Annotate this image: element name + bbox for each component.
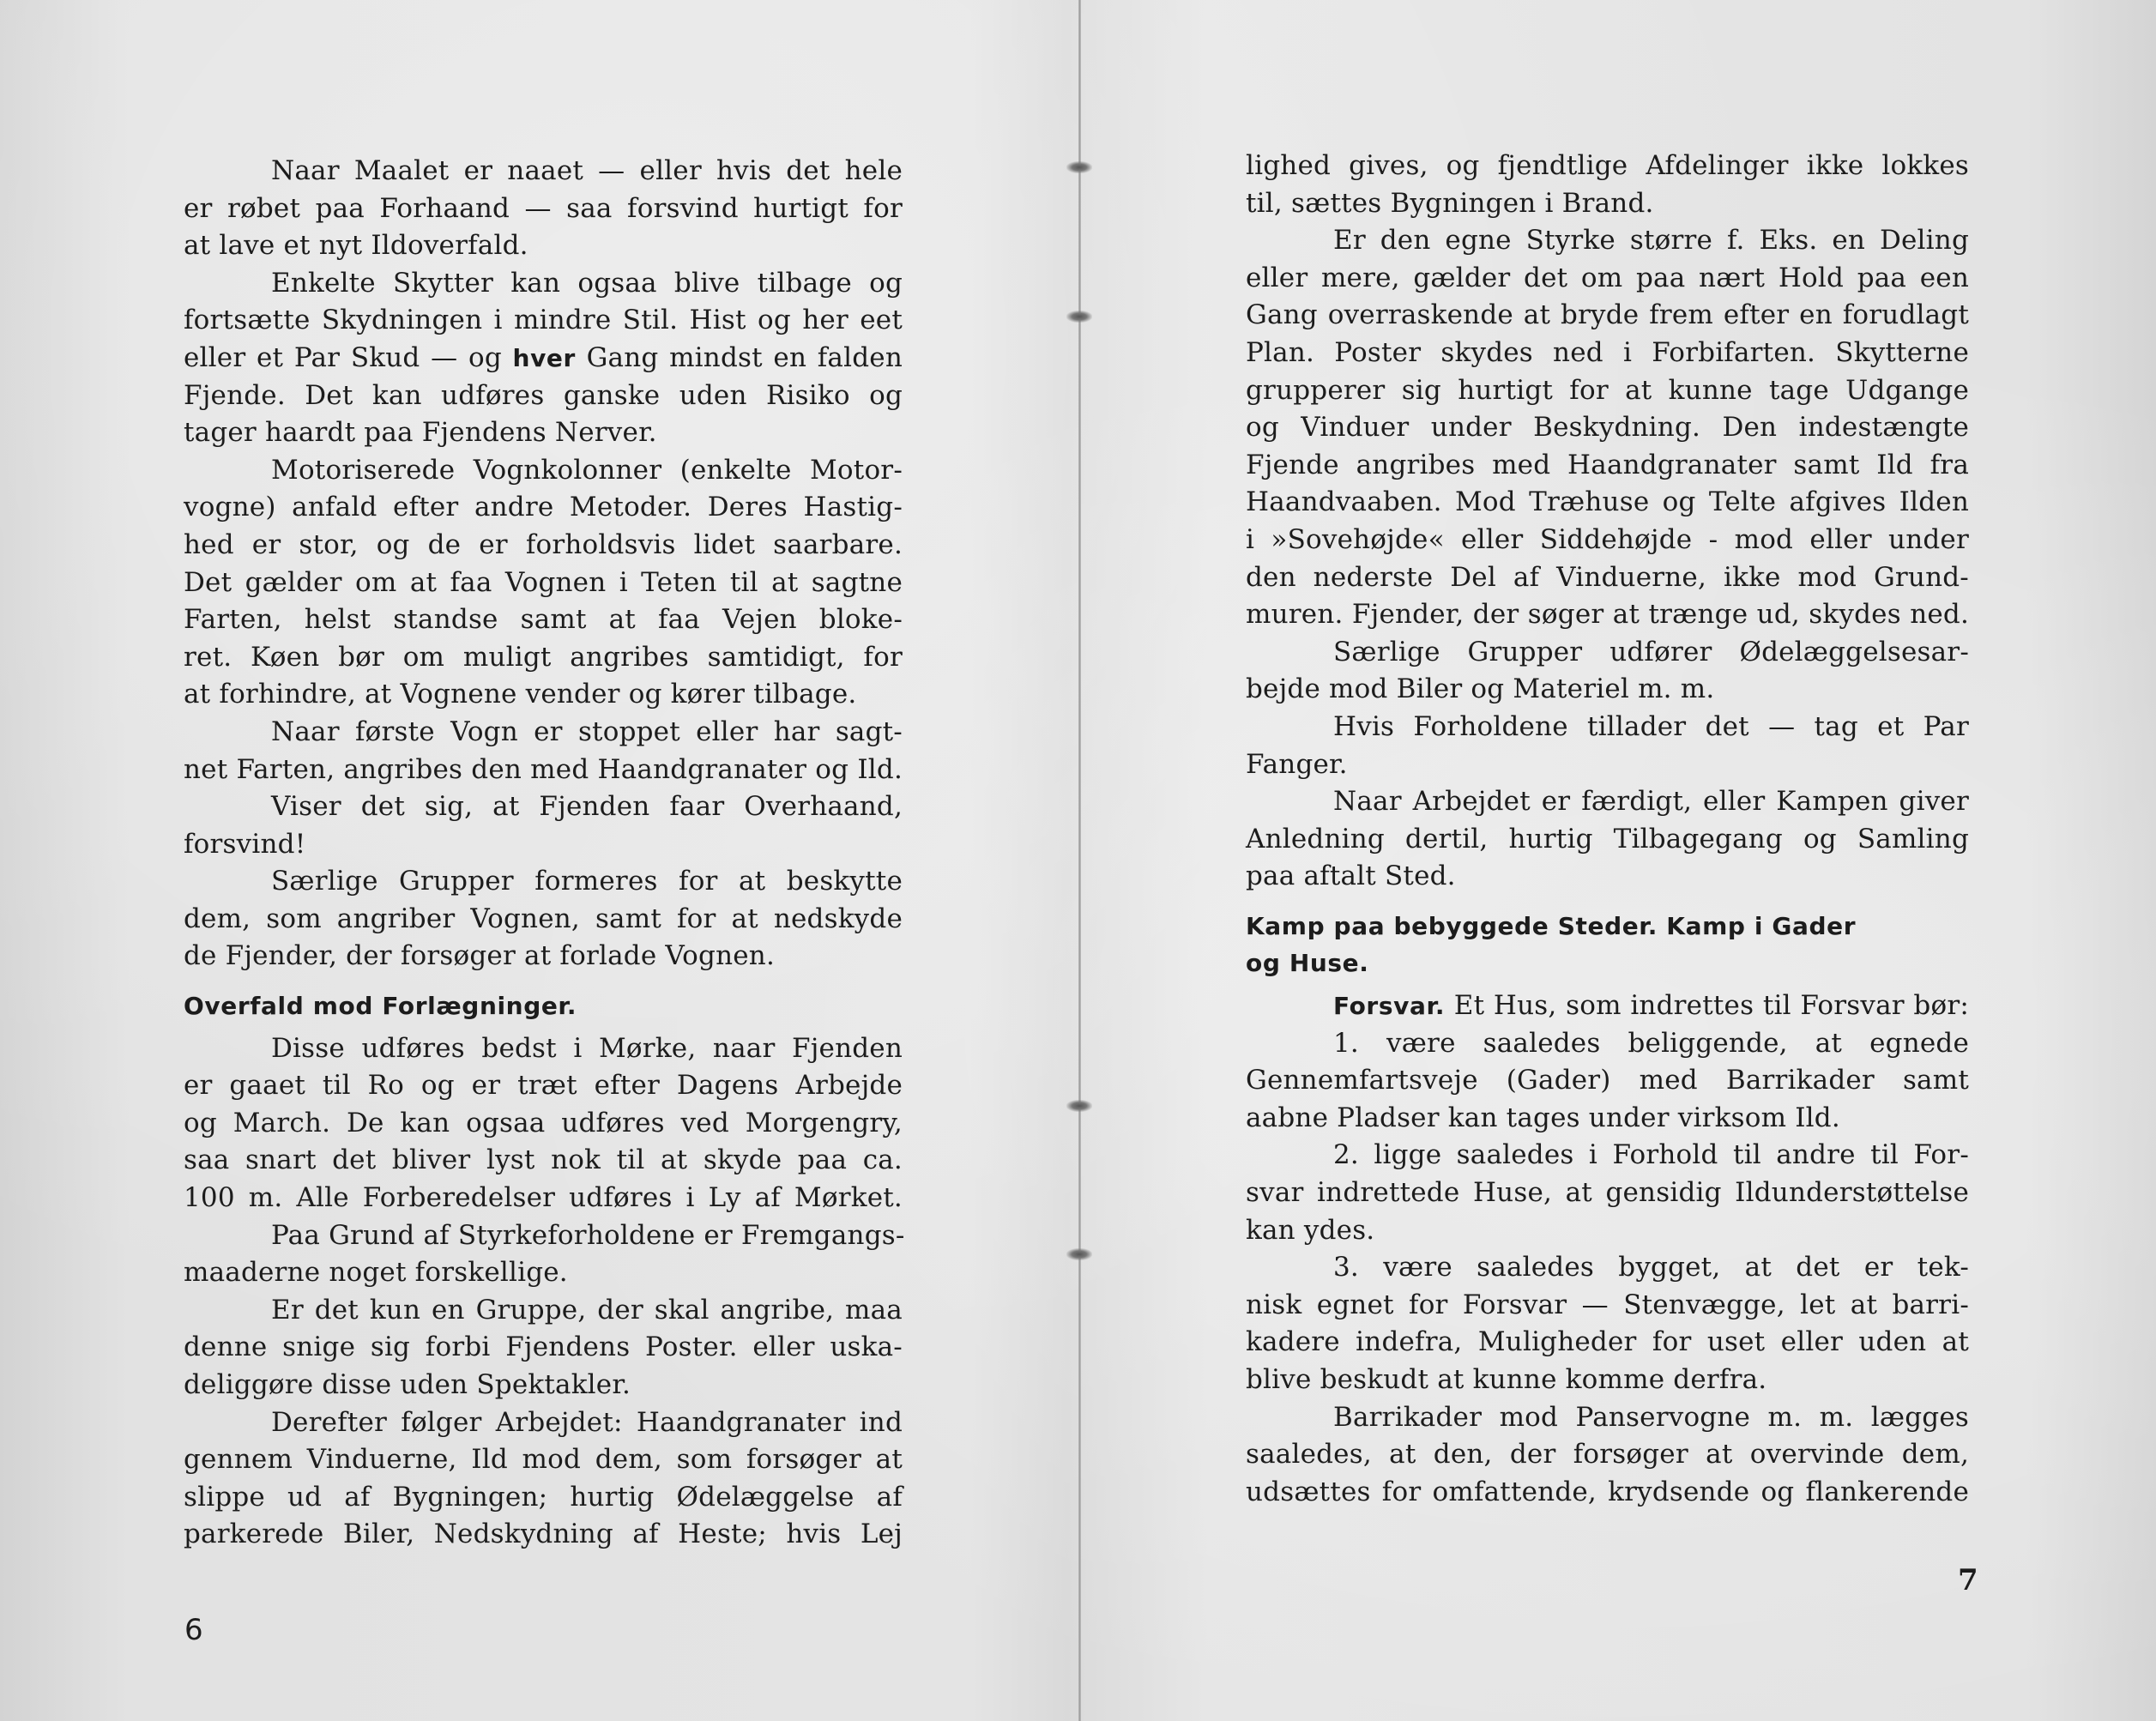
text-line: tager haardt paa Fjendens Nerver.	[184, 414, 903, 452]
text-line: Viser det sig, at Fjenden faar Overhaand…	[184, 788, 903, 826]
text-line: slippe ud af Bygningen; hurtig Ødelæggel…	[184, 1479, 903, 1517]
text-line: i »Sovehøjde« eller Siddehøjde - mod ell…	[1246, 522, 1969, 559]
text-line: nisk egnet for Forsvar — Stenvægge, let …	[1246, 1287, 1969, 1325]
text-line: aabne Pladser kan tages under virksom Il…	[1246, 1100, 1969, 1138]
text-line: maaderne noget forskellige.	[184, 1254, 903, 1292]
text-line: de Fjender, der forsøger at forlade Vogn…	[184, 938, 903, 975]
text-line: forsvind!	[184, 826, 903, 864]
text-line: paa aftalt Sted.	[1246, 858, 1969, 896]
text-line: Fjende angribes med Haandgranater samt I…	[1246, 447, 1969, 485]
text-line: til, sættes Bygningen i Brand.	[1246, 185, 1969, 223]
text-line: Det gælder om at faa Vognen i Teten til …	[184, 565, 903, 602]
text-line: Er det kun en Gruppe, der skal angribe, …	[184, 1292, 903, 1330]
text-line: at lave et nyt Ildoverfald.	[184, 227, 903, 265]
text-line: Motoriserede Vognkolonner (enkelte Motor…	[184, 452, 903, 490]
text-line: 1. være saaledes beliggende, at egnede	[1246, 1025, 1969, 1063]
text-line: Enkelte Skytter kan ogsaa blive tilbage …	[184, 265, 903, 303]
text-line: saa snart det bliver lyst nok til at sky…	[184, 1142, 903, 1180]
text-line: og Vinduer under Beskydning. Den indestæ…	[1246, 409, 1969, 447]
text-line: bejde mod Biler og Materiel m. m.	[1246, 671, 1969, 709]
text-line: deliggøre disse uden Spektakler.	[184, 1367, 903, 1404]
text-line: kadere indefra, Muligheder for uset elle…	[1246, 1324, 1969, 1362]
text-line: Paa Grund af Styrkeforholdene er Fremgan…	[184, 1217, 903, 1255]
section-heading: Kamp paa bebyggede Steder. Kamp i Gader	[1246, 908, 1969, 945]
text-line: Naar første Vogn er stoppet eller har sa…	[184, 714, 903, 752]
text-line: Derefter følger Arbejdet: Haandgranater …	[184, 1404, 903, 1442]
text-line: at forhindre, at Vognene vender og kører…	[184, 676, 903, 714]
text-line: grupperer sig hurtigt for at kunne tage …	[1246, 372, 1969, 410]
right-page-text: lighed gives, og fjendtlige Afdelinger i…	[1246, 148, 1969, 1511]
text-line: net Farten, angribes den med Haandgranat…	[184, 752, 903, 789]
text-line: Anledning dertil, hurtig Tilbagegang og …	[1246, 821, 1969, 859]
text-line: Fanger.	[1246, 746, 1969, 784]
text-line: ret. Køen bør om muligt angribes samtidi…	[184, 639, 903, 677]
bold-text: Forsvar.	[1333, 992, 1445, 1020]
left-page-text: Naar Maalet er naaet — eller hvis det he…	[184, 153, 903, 1554]
text-line: gennem Vinduerne, Ild mod dem, som forsø…	[184, 1441, 903, 1479]
left-page: Naar Maalet er naaet — eller hvis det he…	[0, 0, 1078, 1721]
text-line: 2. ligge saaledes i Forhold til andre ti…	[1246, 1137, 1969, 1175]
text-line: muren. Fjender, der søger at trænge ud, …	[1246, 596, 1969, 634]
text-line: Plan. Poster skydes ned i Forbifarten. S…	[1246, 335, 1969, 372]
text-line: den nederste Del af Vinduerne, ikke mod …	[1246, 559, 1969, 597]
text-line: eller mere, gælder det om paa nært Hold …	[1246, 260, 1969, 298]
text-line: denne snige sig forbi Fjendens Poster. e…	[184, 1329, 903, 1367]
text-line: Barrikader mod Panservogne m. m. lægges	[1246, 1399, 1969, 1437]
right-page: lighed gives, og fjendtlige Afdelinger i…	[1081, 0, 2156, 1721]
text-line: svar indrettede Huse, at gensidig Ildund…	[1246, 1175, 1969, 1212]
text-line: Disse udføres bedst i Mørke, naar Fjende…	[184, 1030, 903, 1068]
text-line: kan ydes.	[1246, 1212, 1969, 1250]
text-line: vogne) anfald efter andre Metoder. Deres…	[184, 489, 903, 527]
text-line: parkerede Biler, Nedskydning af Heste; h…	[184, 1516, 903, 1554]
text-line: Hvis Forholdene tillader det — tag et Pa…	[1246, 709, 1969, 746]
text-line: og March. De kan ogsaa udføres ved Morge…	[184, 1105, 903, 1143]
text-line: Gang overraskende at bryde frem efter en…	[1246, 297, 1969, 335]
text-line: 3. være saaledes bygget, at det er tek-	[1246, 1249, 1969, 1287]
text-line: Fjende. Det kan udføres ganske uden Risi…	[184, 377, 903, 415]
text-line: Naar Arbejdet er færdigt, eller Kampen g…	[1246, 783, 1969, 821]
text-line: Gennemfartsveje (Gader) med Barrikader s…	[1246, 1062, 1969, 1100]
text-line: fortsætte Skydningen i mindre Stil. Hist…	[184, 302, 903, 340]
text-line: 100 m. Alle Forberedelser udføres i Ly a…	[184, 1180, 903, 1217]
text-line: saaledes, at den, der forsøger at overvi…	[1246, 1436, 1969, 1474]
text-line: Farten, helst standse samt at faa Vejen …	[184, 601, 903, 639]
page-number: 7	[1958, 1563, 1978, 1597]
text-line: eller et Par Skud — og hver Gang mindst …	[184, 340, 903, 377]
text-line: Er den egne Styrke større f. Eks. en Del…	[1246, 222, 1969, 260]
text-line: udsættes for omfattende, krydsende og fl…	[1246, 1474, 1969, 1512]
text-line: Naar Maalet er naaet — eller hvis det he…	[184, 153, 903, 190]
text-line: er gaaet til Ro og er træt efter Dagens …	[184, 1067, 903, 1105]
booklet-spread: Naar Maalet er naaet — eller hvis det he…	[0, 0, 2156, 1721]
text-line: Særlige Grupper formeres for at beskytte	[184, 863, 903, 901]
text-line: hed er stor, og de er forholdsvis lidet …	[184, 527, 903, 565]
text-line: Særlige Grupper udfører Ødelæggelsesar-	[1246, 634, 1969, 672]
text-line: er røbet paa Forhaand — saa forsvind hur…	[184, 190, 903, 228]
text-line: lighed gives, og fjendtlige Afdelinger i…	[1246, 148, 1969, 185]
page-number: 6	[184, 1613, 203, 1647]
text-line: dem, som angriber Vognen, samt for at ne…	[184, 901, 903, 939]
bold-text: hver	[513, 344, 576, 372]
section-heading: og Huse.	[1246, 945, 1969, 982]
text-line: Forsvar. Et Hus, som indrettes til Forsv…	[1246, 987, 1969, 1025]
text-line: blive beskudt at kunne komme derfra.	[1246, 1362, 1969, 1399]
text-line: Haandvaaben. Mod Træhuse og Telte afgive…	[1246, 484, 1969, 522]
section-heading: Overfald mod Forlægninger.	[184, 987, 903, 1025]
